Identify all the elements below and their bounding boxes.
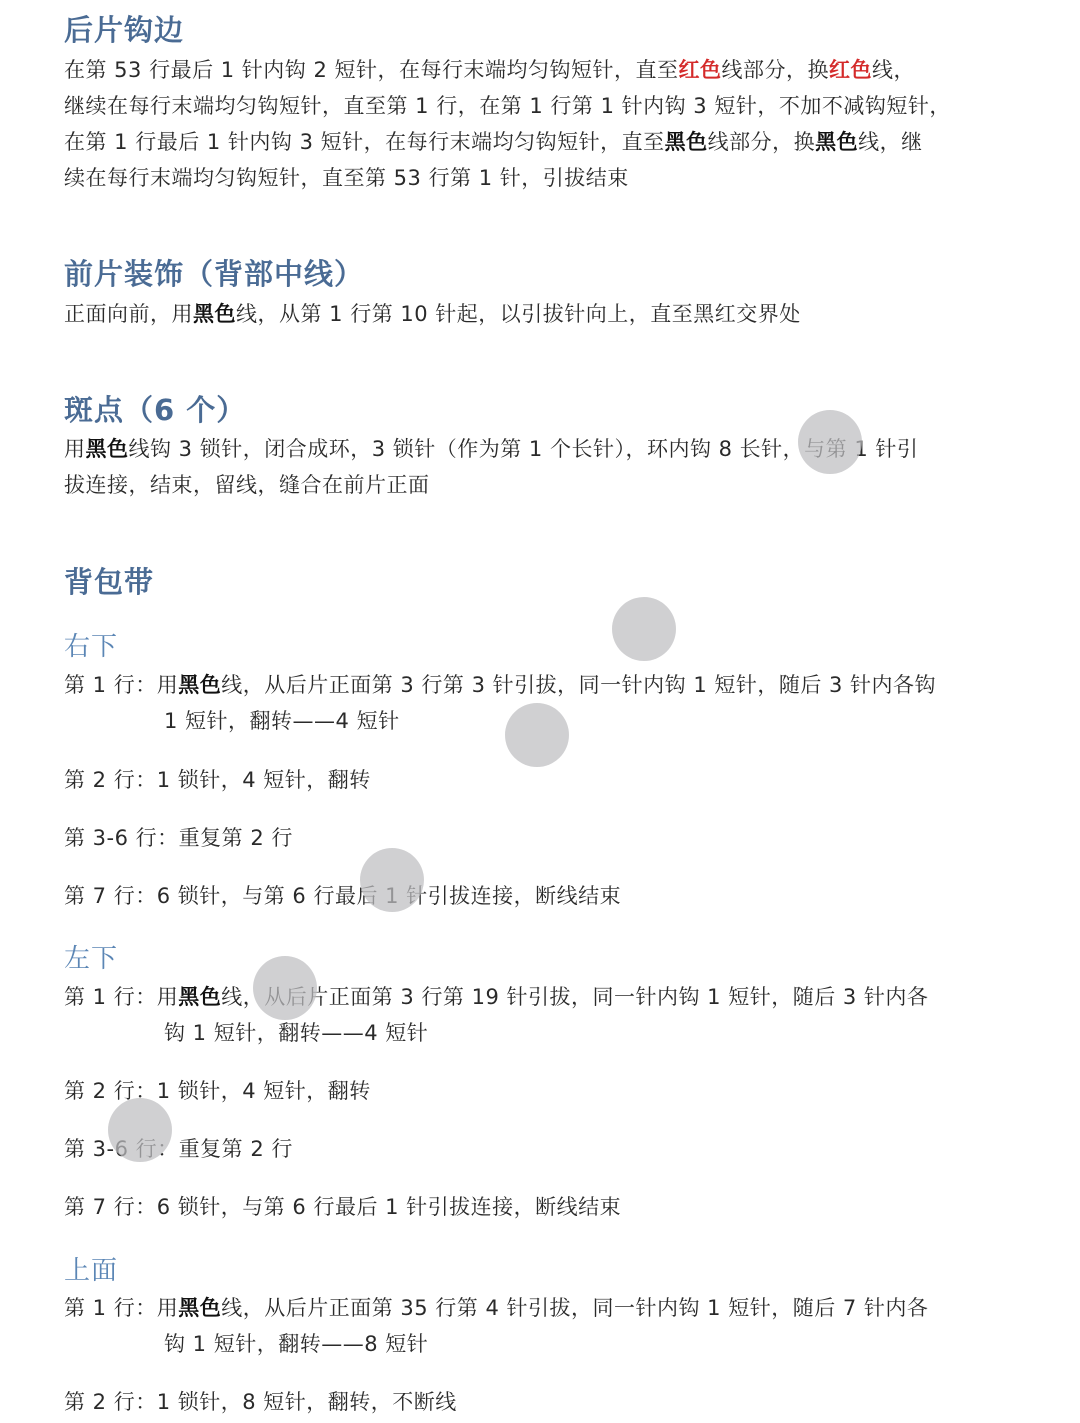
text: 线，继 [858,130,923,154]
text: 线，从后片正面第 3 行第 3 针引拔，同一针内钩 1 短针，随后 3 针内各钩 [221,673,936,697]
row-label: 第 1 行： [64,673,157,697]
black-yarn-text: 黑色 [178,985,221,1009]
text: 6 锁针，与第 6 行最后 1 针引拔连接，断线结束 [157,1195,621,1219]
row-label: 第 3-6 行： [64,826,179,850]
red-yarn-text: 红色 [679,58,722,82]
subsection-title-right-lower: 右下 [64,626,118,663]
text: 续在每行末端均匀钩短针，直至第 53 行第 1 针，引拔结束 [64,166,629,190]
text: 用 [157,985,179,1009]
subsection-title-left-lower: 左下 [64,938,118,975]
touch-dot-icon [505,703,569,767]
row-label: 第 2 行： [64,1390,157,1414]
touch-dot-icon [612,597,676,661]
text: 在第 1 行最后 1 针内钩 3 短针，在每行末端均匀钩短针，直至 [64,130,665,154]
text: 线，从后片正面第 3 行第 19 针引拔，同一针内钩 1 短针，随后 3 针内各 [221,985,928,1009]
row-instruction: 第 1 行：用黑色线，从后片正面第 3 行第 19 针引拔，同一针内钩 1 短针… [64,981,928,1011]
paragraph-line: 拔连接，结束，留线，缝合在前片正面 [64,469,430,499]
touch-dot-icon [253,956,317,1020]
row-label: 第 7 行： [64,1195,157,1219]
paragraph-line: 续在每行末端均匀钩短针，直至第 53 行第 1 针，引拔结束 [64,162,629,192]
black-yarn-text: 黑色 [178,1296,221,1320]
black-yarn-text: 黑色 [178,673,221,697]
row-label: 第 1 行： [64,985,157,1009]
text: 线部分，换 [708,130,816,154]
row-instruction: 第 3-6 行：重复第 2 行 [64,822,293,852]
row-label: 第 7 行： [64,884,157,908]
paragraph-line: 继续在每行末端均匀钩短针，直至第 1 行，在第 1 行第 1 针内钩 3 短针，… [64,90,951,120]
text: 在第 53 行最后 1 针内钩 2 短针，在每行末端均匀钩短针，直至 [64,58,679,82]
row-instruction: 第 3-6 行：重复第 2 行 [64,1133,293,1163]
row-instruction: 第 7 行：6 锁针，与第 6 行最后 1 针引拔连接，断线结束 [64,880,621,910]
black-yarn-text: 黑色 [193,302,236,326]
row-instruction: 第 7 行：6 锁针，与第 6 行最后 1 针引拔连接，断线结束 [64,1191,621,1221]
row-instruction: 第 2 行：1 锁针，8 短针，翻转，不断线 [64,1386,457,1416]
paragraph-line: 在第 53 行最后 1 针内钩 2 短针，在每行末端均匀钩短针，直至红色线部分，… [64,54,915,84]
paragraph-line: 正面向前，用黑色线，从第 1 行第 10 针起，以引拔针向上，直至黑红交界处 [64,298,801,328]
text: 正面向前，用 [64,302,193,326]
row-label: 第 2 行： [64,768,157,792]
row-continuation: 1 短针，翻转——4 短针 [164,705,400,735]
section-title-spots: 斑点（6 个） [64,388,246,429]
text: 用 [157,673,179,697]
paragraph-line: 用黑色线钩 3 锁针，闭合成环，3 锁针（作为第 1 个长针），环内钩 8 长针… [64,433,918,463]
text: 1 锁针，4 短针，翻转 [157,768,371,792]
red-yarn-text: 红色 [829,58,872,82]
text: 线， [872,58,915,82]
text: 线，从第 1 行第 10 针起，以引拔针向上，直至黑红交界处 [236,302,801,326]
text: 1 锁针，4 短针，翻转 [157,1079,371,1103]
row-instruction: 第 1 行：用黑色线，从后片正面第 3 行第 3 针引拔，同一针内钩 1 短针，… [64,669,936,699]
row-instruction: 第 2 行：1 锁针，4 短针，翻转 [64,1075,371,1105]
text: 1 锁针，8 短针，翻转，不断线 [157,1390,457,1414]
black-yarn-text: 黑色 [815,130,858,154]
row-continuation: 钩 1 短针，翻转——8 短针 [164,1328,428,1358]
text: 线，从后片正面第 35 行第 4 针引拔，同一针内钩 1 短针，随后 7 针内各 [221,1296,928,1320]
text: 用 [64,437,86,461]
row-continuation: 钩 1 短针，翻转——4 短针 [164,1017,428,1047]
row-instruction: 第 2 行：1 锁针，4 短针，翻转 [64,764,371,794]
row-instruction: 第 1 行：用黑色线，从后片正面第 35 行第 4 针引拔，同一针内钩 1 短针… [64,1292,928,1322]
text: 拔连接，结束，留线，缝合在前片正面 [64,473,430,497]
subsection-title-top: 上面 [64,1250,118,1287]
text: 用 [157,1296,179,1320]
section-title-back-edge: 后片钩边 [64,8,184,49]
text: 继续在每行末端均匀钩短针，直至第 1 行，在第 1 行第 1 针内钩 3 短针，… [64,94,951,118]
row-label: 第 1 行： [64,1296,157,1320]
black-yarn-text: 黑色 [665,130,708,154]
touch-dot-icon [360,848,424,912]
text: 重复第 2 行 [179,826,293,850]
text: 重复第 2 行 [179,1137,293,1161]
section-title-front-deco: 前片装饰（背部中线） [64,252,364,293]
section-title-straps: 背包带 [64,560,154,601]
touch-dot-icon [798,410,862,474]
paragraph-line: 在第 1 行最后 1 针内钩 3 短针，在每行末端均匀钩短针，直至黑色线部分，换… [64,126,923,156]
touch-dot-icon [108,1098,172,1162]
black-yarn-text: 黑色 [86,437,129,461]
text: 线部分，换 [722,58,830,82]
